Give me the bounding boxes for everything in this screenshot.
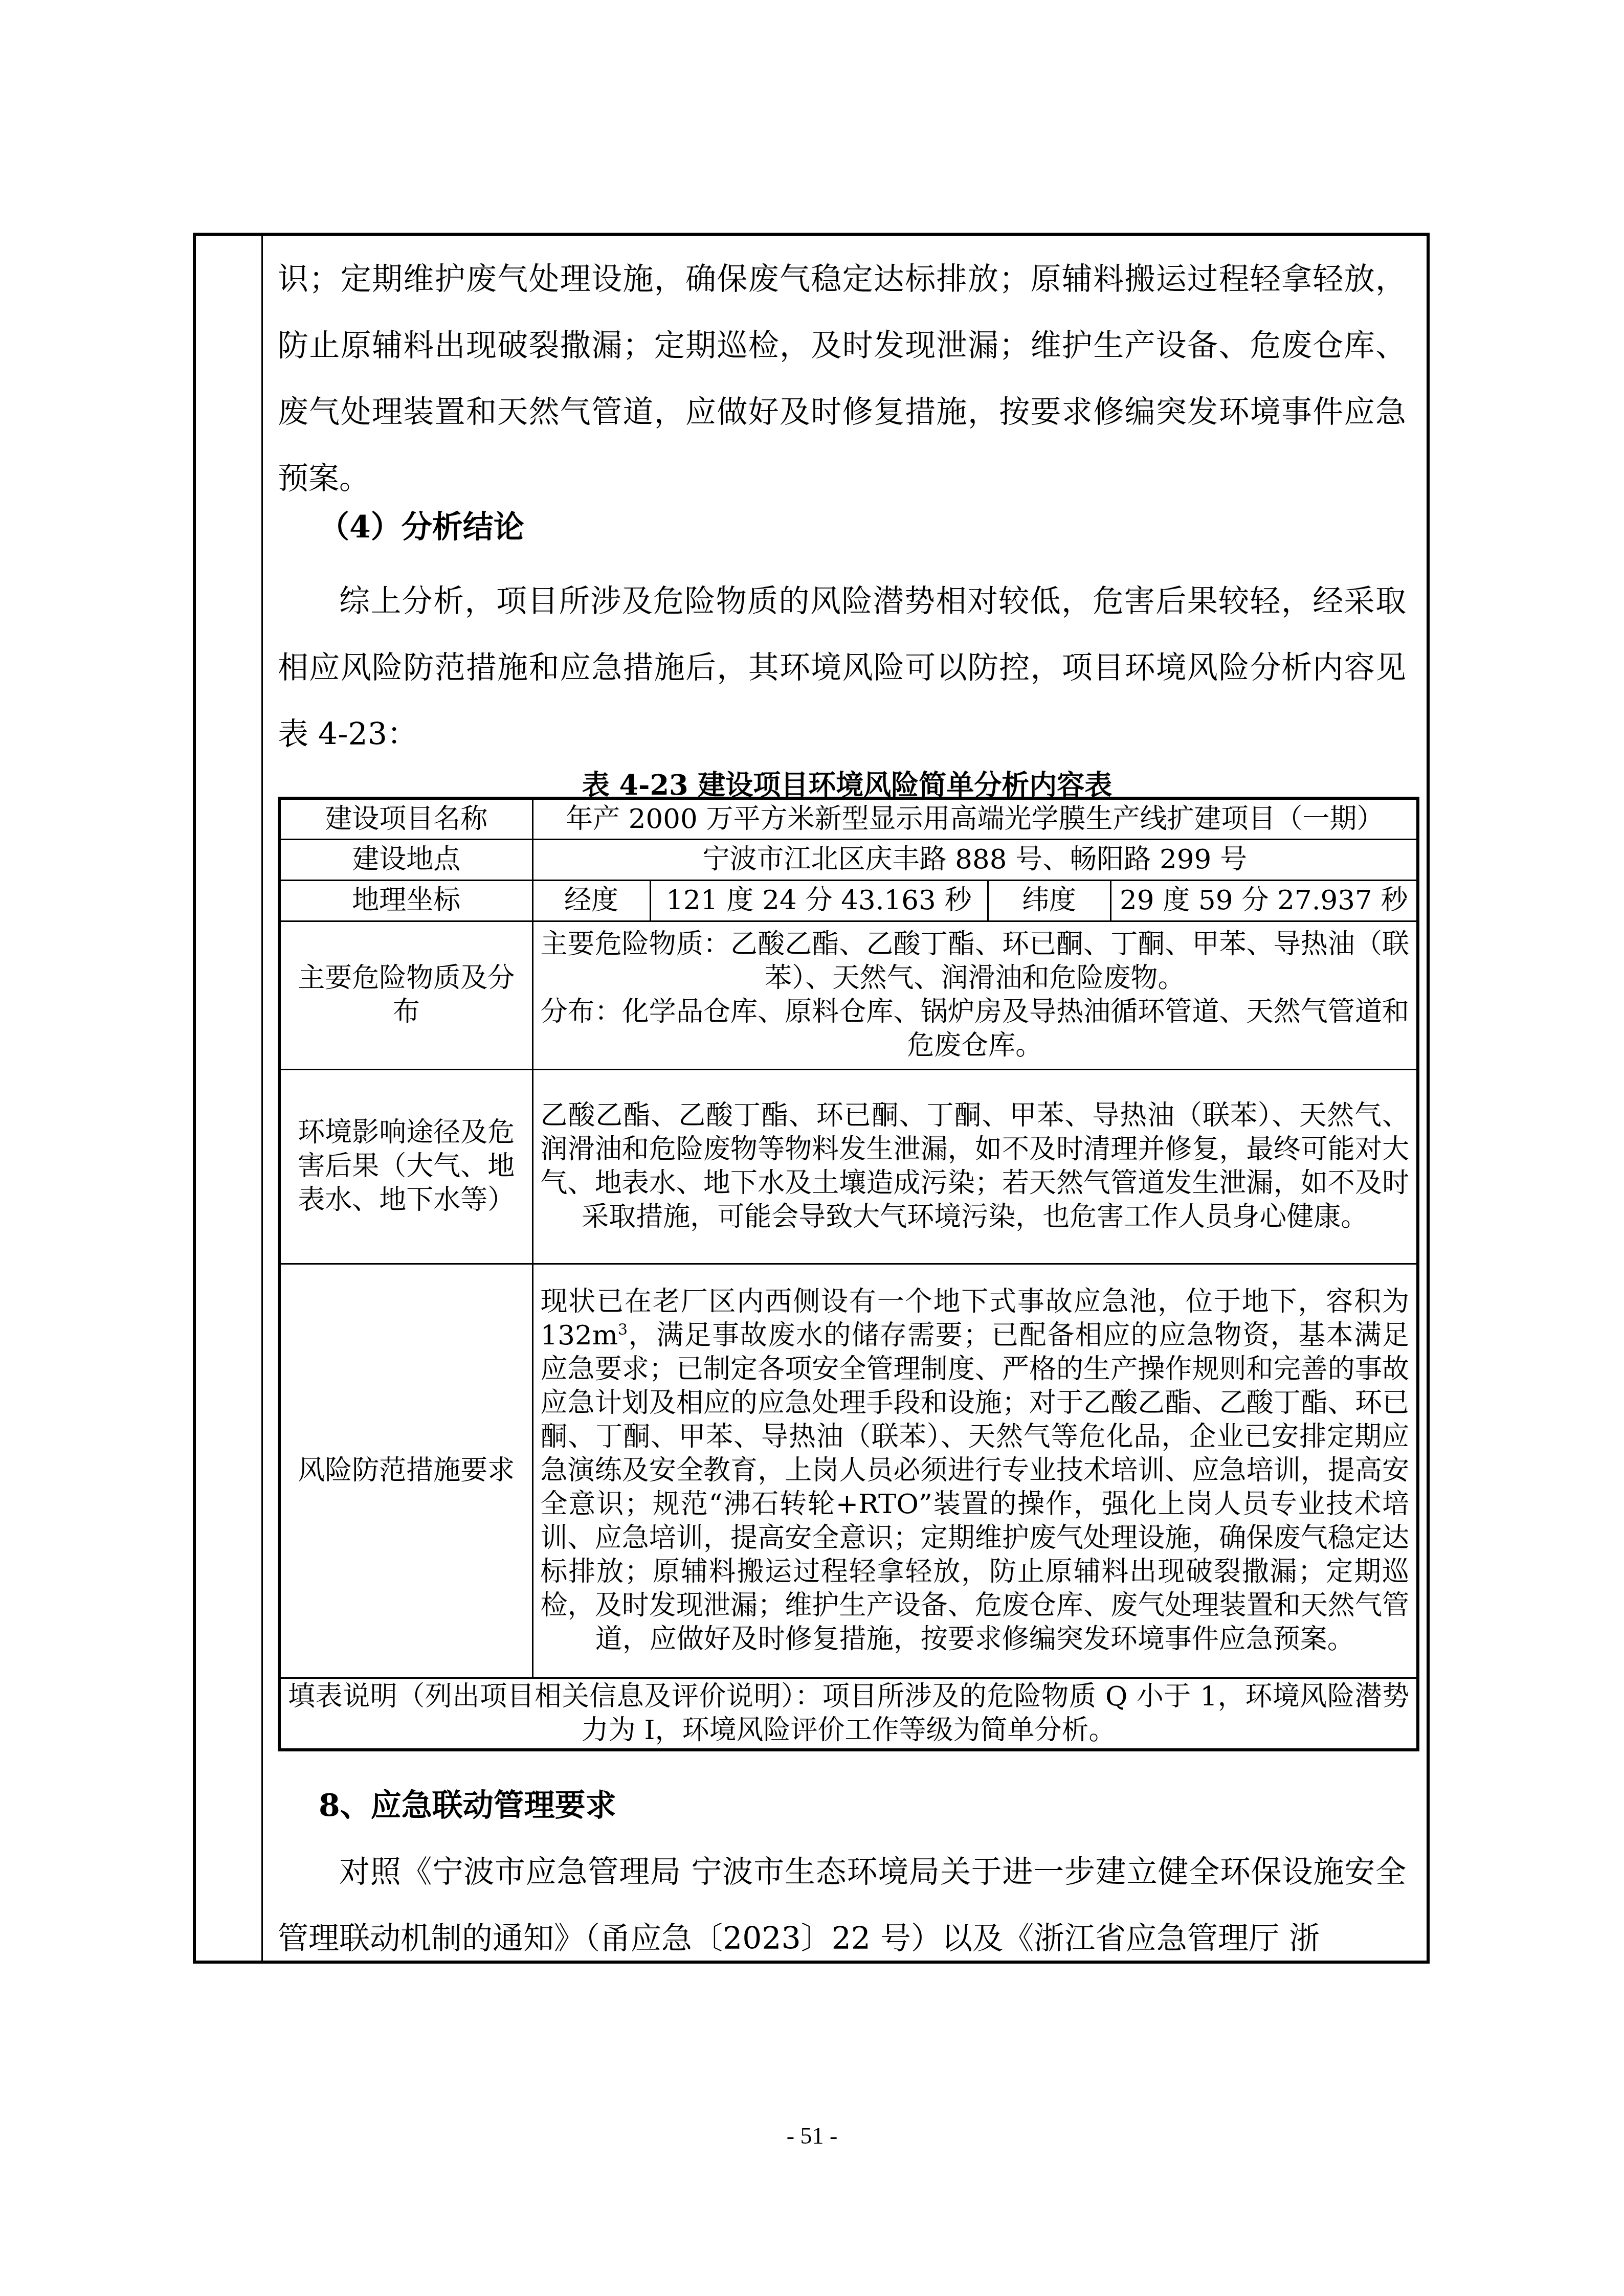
frame-divider (261, 236, 263, 1961)
table-row-project-name: 建设项目名称 年产 2000 万平方米新型显示用高端光学膜生产线扩建项目（一期） (279, 798, 1418, 839)
measures-text: 现状已在老厂区内西侧设有一个地下式事故应急池，位于地下，容积为 132m3，满足… (541, 1285, 1410, 1656)
measures-text-part2: ，满足事故废水的储存需要；已配备相应的应急物资，基本满足应急要求；已制定各项安全… (541, 1320, 1410, 1655)
content-frame: 识；定期维护废气处理设施，确保废气稳定达标排放；原辅料搬运过程轻拿轻放，防止原辅… (193, 233, 1430, 1964)
value-cell: 年产 2000 万平方米新型显示用高端光学膜生产线扩建项目（一期） (532, 798, 1418, 839)
label-cell: 环境影响途径及危害后果（大气、地表水、地下水等） (279, 1069, 532, 1264)
hazard-distribution: 分布：化学品仓库、原料仓库、锅炉房及导热油循环管道、天然气管道和危废仓库。 (541, 995, 1410, 1063)
value-cell: 乙酸乙酯、乙酸丁酯、环已酮、丁酮、甲苯、导热油（联苯）、天然气、润滑油和危险废物… (532, 1069, 1418, 1264)
value-cell: 宁波市江北区庆丰路 888 号、畅阳路 299 号 (532, 839, 1418, 880)
page-number: - 51 - (0, 2122, 1624, 2149)
label-cell: 风险防范措施要求 (279, 1264, 532, 1678)
longitude-value: 121 度 24 分 43.163 秒 (650, 880, 988, 921)
value-cell: 现状已在老厂区内西侧设有一个地下式事故应急池，位于地下，容积为 132m3，满足… (532, 1264, 1418, 1678)
section-4-paragraph: 综上分析，项目所涉及危险物质的风险潜势相对较低，危害后果较轻，经采取相应风险防范… (278, 568, 1406, 768)
label-cell: 地理坐标 (279, 880, 532, 921)
table-row-measures: 风险防范措施要求 现状已在老厂区内西侧设有一个地下式事故应急池，位于地下，容积为… (279, 1264, 1418, 1678)
note-cell: 填表说明（列出项目相关信息及评价说明）：项目所涉及的危险物质 Q 小于 1，环境… (279, 1678, 1418, 1750)
continued-paragraph: 识；定期维护废气处理设施，确保废气稳定达标排放；原辅料搬运过程轻拿轻放，防止原辅… (278, 246, 1406, 512)
table-row-note: 填表说明（列出项目相关信息及评价说明）：项目所涉及的危险物质 Q 小于 1，环境… (279, 1678, 1418, 1750)
label-cell: 建设地点 (279, 839, 532, 880)
section-8-paragraph: 对照《宁波市应急管理局 宁波市生态环境局关于进一步建立健全环保设施安全管理联动机… (278, 1839, 1406, 1972)
latitude-value: 29 度 59 分 27.937 秒 (1110, 880, 1418, 921)
section-8-heading: 8、应急联动管理要求 (319, 1777, 616, 1834)
section-4-heading: （4）分析结论 (319, 494, 524, 560)
table-row-impact: 环境影响途径及危害后果（大气、地表水、地下水等） 乙酸乙酯、乙酸丁酯、环已酮、丁… (279, 1069, 1418, 1264)
label-cell: 主要危险物质及分布 (279, 921, 532, 1069)
value-cell: 主要危险物质：乙酸乙酯、乙酸丁酯、环已酮、丁酮、甲苯、导热油（联苯）、天然气、润… (532, 921, 1418, 1069)
label-cell: 建设项目名称 (279, 798, 532, 839)
risk-analysis-table: 建设项目名称 年产 2000 万平方米新型显示用高端光学膜生产线扩建项目（一期）… (278, 797, 1419, 1751)
longitude-label: 经度 (532, 880, 650, 921)
table-row-coordinates: 地理坐标 经度 121 度 24 分 43.163 秒 纬度 29 度 59 分… (279, 880, 1418, 921)
superscript: 3 (618, 1321, 628, 1339)
hazard-substances: 主要危险物质：乙酸乙酯、乙酸丁酯、环已酮、丁酮、甲苯、导热油（联苯）、天然气、润… (541, 928, 1410, 995)
content-column: 识；定期维护废气处理设施，确保废气稳定达标排放；原辅料搬运过程轻拿轻放，防止原辅… (278, 236, 1406, 1961)
latitude-label: 纬度 (988, 880, 1110, 921)
impact-text: 乙酸乙酯、乙酸丁酯、环已酮、丁酮、甲苯、导热油（联苯）、天然气、润滑油和危险废物… (541, 1099, 1410, 1234)
note-text: 填表说明（列出项目相关信息及评价说明）：项目所涉及的危险物质 Q 小于 1，环境… (288, 1680, 1409, 1747)
table-row-location: 建设地点 宁波市江北区庆丰路 888 号、畅阳路 299 号 (279, 839, 1418, 880)
table-row-hazards: 主要危险物质及分布 主要危险物质：乙酸乙酯、乙酸丁酯、环已酮、丁酮、甲苯、导热油… (279, 921, 1418, 1069)
